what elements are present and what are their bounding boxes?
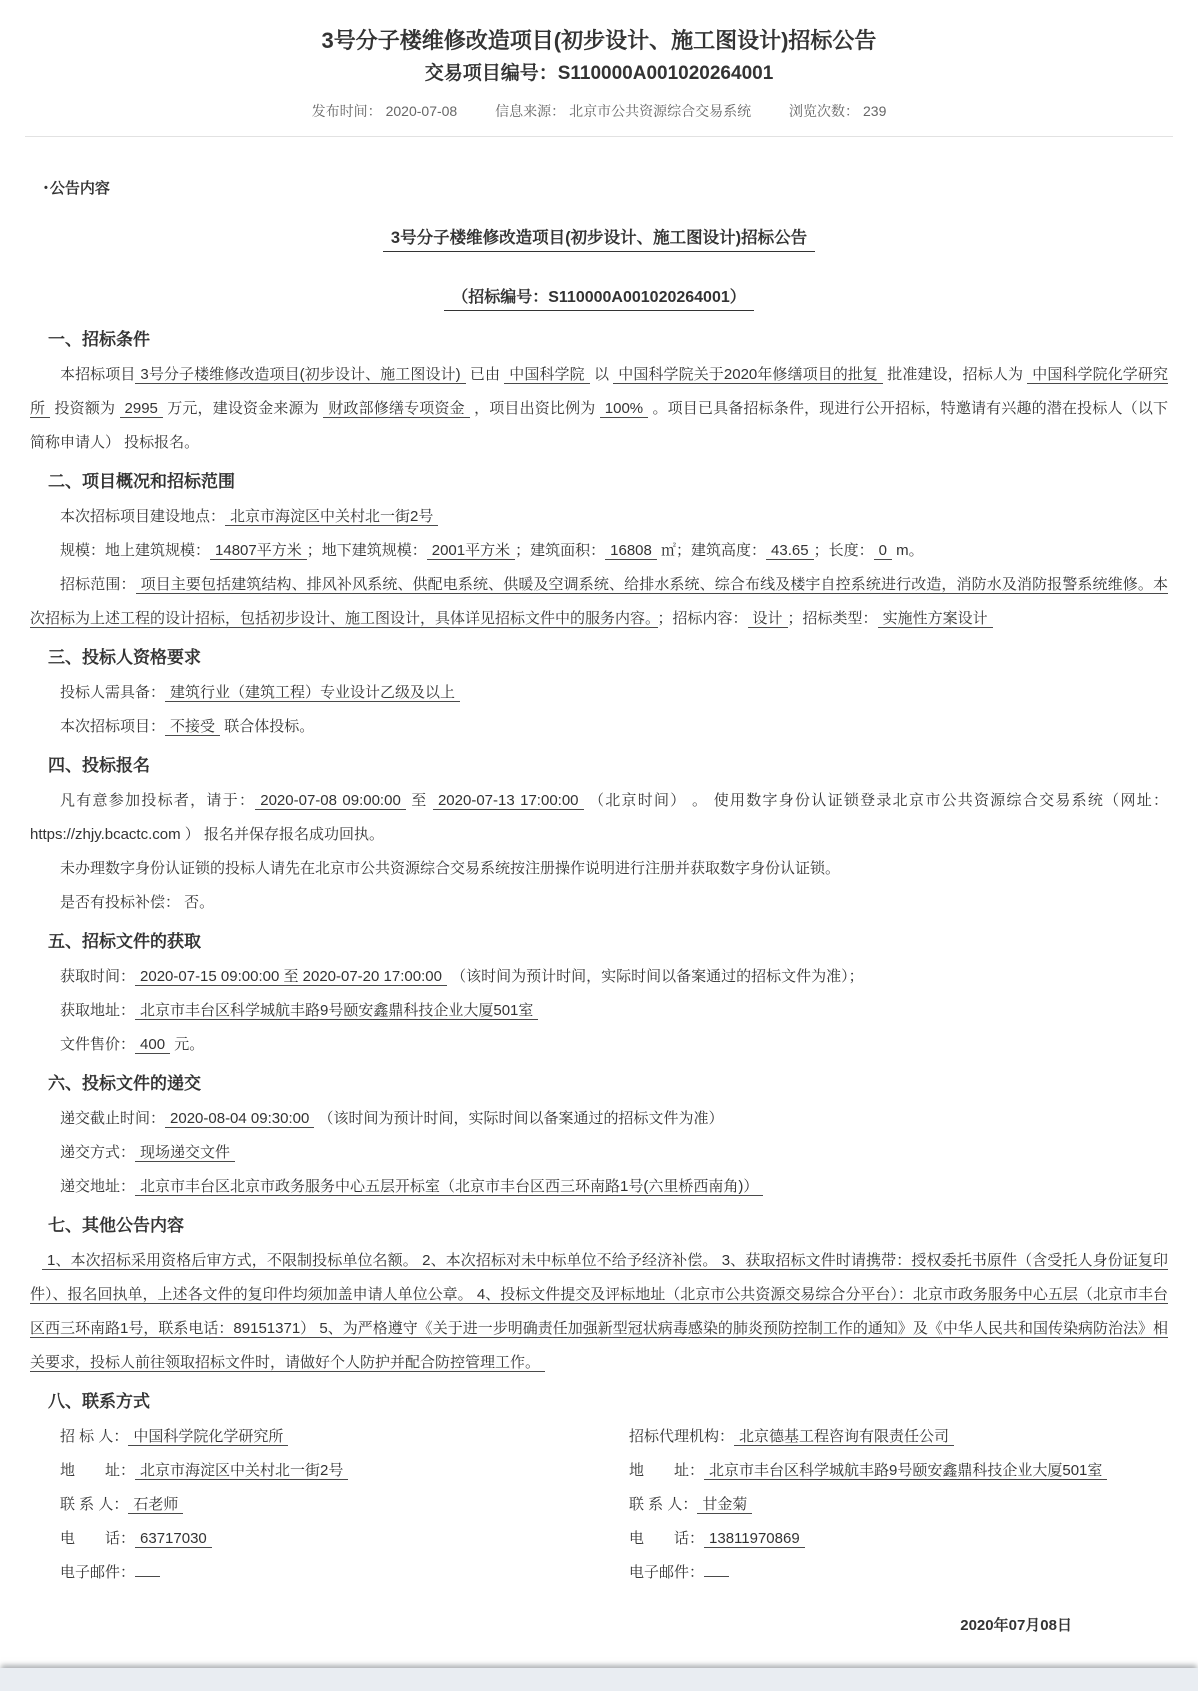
underlined-value: 1、本次招标采用资格后审方式，不限制投标单位名额。 2、本次招标对未中标单位不给… [30, 1252, 1168, 1372]
text-run: 本次招标项目： [60, 718, 165, 735]
text-run: 万元，建设资金来源为 [163, 400, 323, 417]
text-run: 已由 [466, 366, 505, 383]
section: 三、投标人资格要求投标人需具备：建筑行业（建筑工程）专业设计乙级及以上本次招标项… [30, 643, 1168, 744]
section-heading: 七、其他公告内容 [48, 1211, 1168, 1241]
underlined-value: 100% [600, 400, 648, 418]
underlined-value: 中国科学院 [504, 366, 589, 384]
text-run: ；招标内容： [658, 610, 748, 627]
contact-value: 63717030 [135, 1530, 212, 1548]
view-count-value: 239 [863, 103, 886, 119]
paragraph: 本次招标项目：不接受 联合体投标。 [30, 710, 1168, 744]
info-source-label: 信息来源： [495, 103, 565, 119]
text-run: ；长度： [814, 542, 874, 559]
underlined-value: 400 [135, 1036, 170, 1054]
contact-column-left: 招 标 人：中国科学院化学研究所地 址：北京市海淀区中关村北一街2号联 系 人：… [30, 1420, 599, 1590]
text-run: 本招标项目 [60, 366, 135, 383]
underlined-value: 14807平方米 [210, 542, 307, 560]
contact-row: 电 话：63717030 [30, 1522, 599, 1556]
underlined-value: 2995 [120, 400, 163, 418]
contact-value: 甘金菊 [697, 1496, 752, 1514]
paragraph: 是否有投标补偿： 否。 [30, 886, 1168, 920]
text-run: 元。 [170, 1036, 204, 1053]
contact-label: 电 话： [60, 1530, 135, 1547]
paragraph: 获取时间：2020-07-15 09:00:00 至 2020-07-20 17… [30, 960, 1168, 994]
underlined-value: 2020-08-04 09:30:00 [165, 1110, 314, 1128]
text-run: ；地下建筑规模： [307, 542, 427, 559]
announcement-content-label: •公告内容 [44, 177, 1168, 198]
text-run: 递交截止时间： [60, 1110, 165, 1127]
section-heading: 四、投标报名 [48, 751, 1168, 781]
underlined-value: 2020-07-08 09:00:00 [255, 792, 406, 810]
paragraph: 未办理数字身份认证锁的投标人请先在北京市公共资源综合交易系统按注册操作说明进行注… [30, 852, 1168, 886]
underlined-value: 北京市丰台区科学城航丰路9号颐安鑫鼎科技企业大厦501室 [135, 1002, 538, 1020]
trade-project-number: 交易项目编号：S110000A001020264001 [0, 58, 1198, 85]
document-title: 3号分子楼维修改造项目(初步设计、施工图设计)招标公告 [30, 224, 1168, 248]
paragraph: 文件售价：400 元。 [30, 1028, 1168, 1062]
paragraph: 招标范围：项目主要包括建筑结构、排风补风系统、供配电系统、供暖及空调系统、给排水… [30, 568, 1168, 636]
info-source: 信息来源：北京市公共资源综合交易系统 [493, 103, 753, 119]
meta-line: 发布时间：2020-07-08 信息来源：北京市公共资源综合交易系统 浏览次数：… [0, 101, 1198, 121]
contact-row: 电子邮件： [599, 1556, 1168, 1590]
underlined-value: 现场递交文件 [135, 1144, 235, 1162]
underlined-value: 财政部修缮专项资金 [323, 400, 470, 418]
document-bid-number: （招标编号：S110000A001020264001） [30, 284, 1168, 307]
text-run: 批准建设，招标人为 [883, 366, 1027, 383]
text-run: m。 [892, 542, 924, 559]
contact-value [704, 1562, 729, 1577]
page-title: 3号分子楼维修改造项目(初步设计、施工图设计)招标公告 [0, 24, 1198, 55]
underlined-value: 项目主要包括建筑结构、排风补风系统、供配电系统、供暖及空调系统、给排水系统、综合… [30, 576, 1168, 628]
page-header: 3号分子楼维修改造项目(初步设计、施工图设计)招标公告 交易项目编号：S1100… [0, 0, 1198, 137]
contact-value [135, 1562, 160, 1577]
contact-label: 电 话： [629, 1530, 704, 1547]
section: 四、投标报名凡有意参加投标者，请于：2020-07-08 09:00:00 至 … [30, 751, 1168, 920]
publish-time-value: 2020-07-08 [386, 103, 458, 119]
announcement-body: •公告内容 3号分子楼维修改造项目(初步设计、施工图设计)招标公告 （招标编号：… [0, 137, 1198, 1691]
contact-row: 地 址：北京市海淀区中关村北一街2号 [30, 1454, 599, 1488]
view-count: 浏览次数：239 [787, 103, 888, 119]
contact-column-right: 招标代理机构：北京德基工程咨询有限责任公司地 址：北京市丰台区科学城航丰路9号颐… [599, 1420, 1168, 1590]
underlined-value: 2020-07-15 09:00:00 至 2020-07-20 17:00:0… [135, 968, 447, 986]
underlined-value: 16808 [605, 542, 657, 560]
section: 七、其他公告内容1、本次招标采用资格后审方式，不限制投标单位名额。 2、本次招标… [30, 1211, 1168, 1380]
contact-label: 电子邮件： [629, 1564, 704, 1581]
contact-row: 联 系 人：甘金菊 [599, 1488, 1168, 1522]
paragraph: 递交地址：北京市丰台区北京市政务服务中心五层开标室（北京市丰台区西三环南路1号(… [30, 1170, 1168, 1204]
contact-label: 招标代理机构： [629, 1428, 734, 1445]
contact-value: 中国科学院化学研究所 [128, 1428, 288, 1446]
text-run: 是否有投标补偿： 否。 [60, 894, 214, 911]
section: 六、投标文件的递交递交截止时间：2020-08-04 09:30:00 （该时间… [30, 1069, 1168, 1204]
text-run: 未办理数字身份认证锁的投标人请先在北京市公共资源综合交易系统按注册操作说明进行注… [60, 860, 840, 877]
paragraph: 本招标项目3号分子楼维修改造项目(初步设计、施工图设计) 已由 中国科学院 以 … [30, 358, 1168, 460]
contact-value: 石老师 [128, 1496, 183, 1514]
paragraph: 投标人需具备：建筑行业（建筑工程）专业设计乙级及以上 [30, 676, 1168, 710]
publish-time-label: 发布时间： [312, 103, 382, 119]
contact-row: 电 话：13811970869 [599, 1522, 1168, 1556]
text-run: 递交地址： [60, 1178, 135, 1195]
sections: 一、招标条件本招标项目3号分子楼维修改造项目(初步设计、施工图设计) 已由 中国… [30, 325, 1168, 1590]
underlined-value: 北京市丰台区北京市政务服务中心五层开标室（北京市丰台区西三环南路1号(六里桥西南… [135, 1178, 763, 1196]
contact-value: 北京市海淀区中关村北一街2号 [135, 1462, 348, 1480]
info-source-value: 北京市公共资源综合交易系统 [569, 103, 751, 119]
paragraph: 1、本次招标采用资格后审方式，不限制投标单位名额。 2、本次招标对未中标单位不给… [30, 1244, 1168, 1380]
section-heading: 五、招标文件的获取 [48, 927, 1168, 957]
contact-value: 北京德基工程咨询有限责任公司 [734, 1428, 954, 1446]
view-count-label: 浏览次数： [789, 103, 859, 119]
paragraph: 规模：地上建筑规模：14807平方米；地下建筑规模：2001平方米；建筑面积：1… [30, 534, 1168, 568]
paragraph: 本次招标项目建设地点：北京市海淀区中关村北一街2号 [30, 500, 1168, 534]
underlined-value: 0 [874, 542, 892, 560]
section-heading: 一、招标条件 [48, 325, 1168, 355]
publish-time: 发布时间：2020-07-08 [310, 103, 460, 119]
text-run: ；建筑面积： [515, 542, 605, 559]
underlined-value: 不接受 [165, 718, 220, 736]
text-run: 文件售价： [60, 1036, 135, 1053]
section: 八、联系方式招 标 人：中国科学院化学研究所地 址：北京市海淀区中关村北一街2号… [30, 1387, 1168, 1590]
underlined-value: 实施性方案设计 [878, 610, 993, 628]
text-run: 凡有意参加投标者，请于： [60, 792, 255, 809]
contact-row: 招 标 人：中国科学院化学研究所 [30, 1420, 599, 1454]
text-run: 至 [406, 792, 433, 809]
section-heading: 二、项目概况和招标范围 [48, 467, 1168, 497]
contact-row: 联 系 人：石老师 [30, 1488, 599, 1522]
announcement-content-text: 公告内容 [50, 180, 110, 197]
contact-label: 联 系 人： [60, 1496, 128, 1513]
contact-label: 电子邮件： [60, 1564, 135, 1581]
contact-label: 地 址： [60, 1462, 135, 1479]
underlined-value: 建筑行业（建筑工程）专业设计乙级及以上 [165, 684, 460, 702]
contact-value: 北京市丰台区科学城航丰路9号颐安鑫鼎科技企业大厦501室 [704, 1462, 1107, 1480]
text-run: 联合体投标。 [220, 718, 314, 735]
underlined-value: 中国科学院关于2020年修缮项目的批复 [613, 366, 883, 384]
page-footer [0, 1668, 1198, 1691]
text-run: ㎡；建筑高度： [657, 542, 766, 559]
contact-grid: 招 标 人：中国科学院化学研究所地 址：北京市海淀区中关村北一街2号联 系 人：… [30, 1420, 1168, 1590]
text-run: 投资额为 [50, 400, 119, 417]
text-run: 规模：地上建筑规模： [60, 542, 210, 559]
contact-value: 13811970869 [704, 1530, 805, 1548]
section: 二、项目概况和招标范围本次招标项目建设地点：北京市海淀区中关村北一街2号规模：地… [30, 467, 1168, 636]
text-run: （该时间为预计时间，实际时间以备案通过的招标文件为准） [314, 1110, 723, 1127]
text-run: ，项目出资比例为 [470, 400, 600, 417]
contact-row: 招标代理机构：北京德基工程咨询有限责任公司 [599, 1420, 1168, 1454]
contact-row: 电子邮件： [30, 1556, 599, 1590]
section: 一、招标条件本招标项目3号分子楼维修改造项目(初步设计、施工图设计) 已由 中国… [30, 325, 1168, 460]
paragraph: 凡有意参加投标者，请于：2020-07-08 09:00:00 至 2020-0… [30, 784, 1168, 852]
contact-label: 联 系 人： [629, 1496, 697, 1513]
text-run: 以 [590, 366, 614, 383]
text-run: 投标人需具备： [60, 684, 165, 701]
contact-label: 招 标 人： [60, 1428, 128, 1445]
section-heading: 八、联系方式 [48, 1387, 1168, 1417]
bullet-icon: • [44, 182, 48, 194]
text-run: 递交方式： [60, 1144, 135, 1161]
section-heading: 六、投标文件的递交 [48, 1069, 1168, 1099]
paragraph: 递交截止时间：2020-08-04 09:30:00 （该时间为预计时间，实际时… [30, 1102, 1168, 1136]
underlined-value: 3号分子楼维修改造项目(初步设计、施工图设计) [135, 366, 465, 384]
underlined-value: 设计 [748, 610, 788, 628]
section-heading: 三、投标人资格要求 [48, 643, 1168, 673]
section: 五、招标文件的获取获取时间：2020-07-15 09:00:00 至 2020… [30, 927, 1168, 1062]
text-run: ；招标类型： [788, 610, 878, 627]
underlined-value: 北京市海淀区中关村北一街2号 [225, 508, 438, 526]
text-run: 获取时间： [60, 968, 135, 985]
underlined-value: 43.65 [766, 542, 814, 560]
contact-row: 地 址：北京市丰台区科学城航丰路9号颐安鑫鼎科技企业大厦501室 [599, 1454, 1168, 1488]
text-run: 招标范围： [60, 576, 136, 593]
text-run: 获取地址： [60, 1002, 135, 1019]
contact-label: 地 址： [629, 1462, 704, 1479]
underlined-value: 2020-07-13 17:00:00 [433, 792, 584, 810]
underlined-value: 2001平方米 [427, 542, 515, 560]
text-run: （该时间为预计时间，实际时间以备案通过的招标文件为准）； [447, 968, 864, 985]
paragraph: 获取地址：北京市丰台区科学城航丰路9号颐安鑫鼎科技企业大厦501室 [30, 994, 1168, 1028]
text-run: 本次招标项目建设地点： [60, 508, 225, 525]
paragraph: 递交方式：现场递交文件 [30, 1136, 1168, 1170]
